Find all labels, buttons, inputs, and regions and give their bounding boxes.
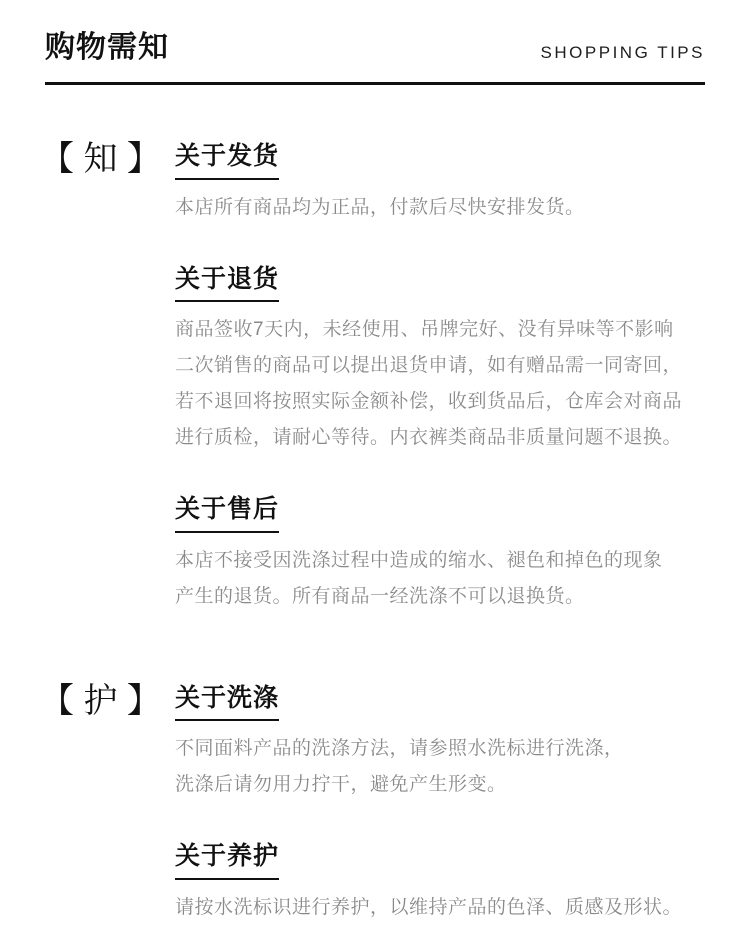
body-line: 产生的退货。所有商品一经洗涤不可以退换货。: [175, 579, 705, 615]
section-returns-body: 商品签收7天内，未经使用、吊牌完好、没有异味等不影响 二次销售的商品可以提出退货…: [175, 312, 705, 456]
page-title: 购物需知: [45, 33, 169, 63]
page-header: 购物需知 SHOPPING TIPS: [45, 33, 705, 85]
shopping-tips-page: 购物需知 SHOPPING TIPS 【 知 】 关于发货 本店所有商品均为正品…: [0, 0, 750, 935]
body-line: 洗涤后请勿用力拧干，避免产生形变。: [175, 767, 705, 803]
section-aftersales-heading: 关于售后: [175, 496, 279, 533]
group-label-care: 【 护 】: [40, 679, 175, 926]
body-line: 不同面料产品的洗涤方法，请参照水洗标进行洗涤，: [175, 731, 705, 767]
section-washing-heading: 关于洗涤: [175, 685, 279, 722]
body-line: 请按水洗标识进行养护，以维持产品的色泽、质感及形状。: [175, 890, 705, 926]
section-shipping: 关于发货 本店所有商品均为正品，付款后尽快安排发货。: [175, 143, 705, 226]
body-line: 进行质检，请耐心等待。内衣裤类商品非质量问题不退换。: [175, 420, 705, 456]
section-returns: 关于退货 商品签收7天内，未经使用、吊牌完好、没有异味等不影响 二次销售的商品可…: [175, 266, 705, 457]
section-shipping-heading: 关于发货: [175, 143, 279, 180]
section-maintenance-body: 请按水洗标识进行养护，以维持产品的色泽、质感及形状。: [175, 890, 705, 926]
section-maintenance: 关于养护 请按水洗标识进行养护，以维持产品的色泽、质感及形状。: [175, 843, 705, 926]
body-line: 二次销售的商品可以提出退货申请，如有赠品需一同寄回，: [175, 348, 705, 384]
section-maintenance-heading: 关于养护: [175, 843, 279, 880]
section-shipping-body: 本店所有商品均为正品，付款后尽快安排发货。: [175, 190, 705, 226]
group-know-content: 关于发货 本店所有商品均为正品，付款后尽快安排发货。 关于退货 商品签收7天内，…: [175, 143, 705, 615]
section-returns-heading: 关于退货: [175, 266, 279, 303]
body-line: 若不退回将按照实际金额补偿，收到货品后，仓库会对商品: [175, 384, 705, 420]
section-aftersales-body: 本店不接受因洗涤过程中造成的缩水、褪色和掉色的现象 产生的退货。所有商品一经洗涤…: [175, 543, 705, 615]
body-line: 商品签收7天内，未经使用、吊牌完好、没有异味等不影响: [175, 312, 705, 348]
body-line: 本店所有商品均为正品，付款后尽快安排发货。: [175, 190, 705, 226]
group-know: 【 知 】 关于发货 本店所有商品均为正品，付款后尽快安排发货。 关于退货 商品…: [0, 143, 750, 615]
section-washing-body: 不同面料产品的洗涤方法，请参照水洗标进行洗涤， 洗涤后请勿用力拧干，避免产生形变…: [175, 731, 705, 803]
section-aftersales: 关于售后 本店不接受因洗涤过程中造成的缩水、褪色和掉色的现象 产生的退货。所有商…: [175, 496, 705, 615]
group-care: 【 护 】 关于洗涤 不同面料产品的洗涤方法，请参照水洗标进行洗涤， 洗涤后请勿…: [0, 685, 750, 926]
body-line: 本店不接受因洗涤过程中造成的缩水、褪色和掉色的现象: [175, 543, 705, 579]
group-label-know: 【 知 】: [40, 137, 175, 615]
page-subtitle: SHOPPING TIPS: [541, 44, 705, 63]
section-washing: 关于洗涤 不同面料产品的洗涤方法，请参照水洗标进行洗涤， 洗涤后请勿用力拧干，避…: [175, 685, 705, 804]
group-care-content: 关于洗涤 不同面料产品的洗涤方法，请参照水洗标进行洗涤， 洗涤后请勿用力拧干，避…: [175, 685, 705, 926]
